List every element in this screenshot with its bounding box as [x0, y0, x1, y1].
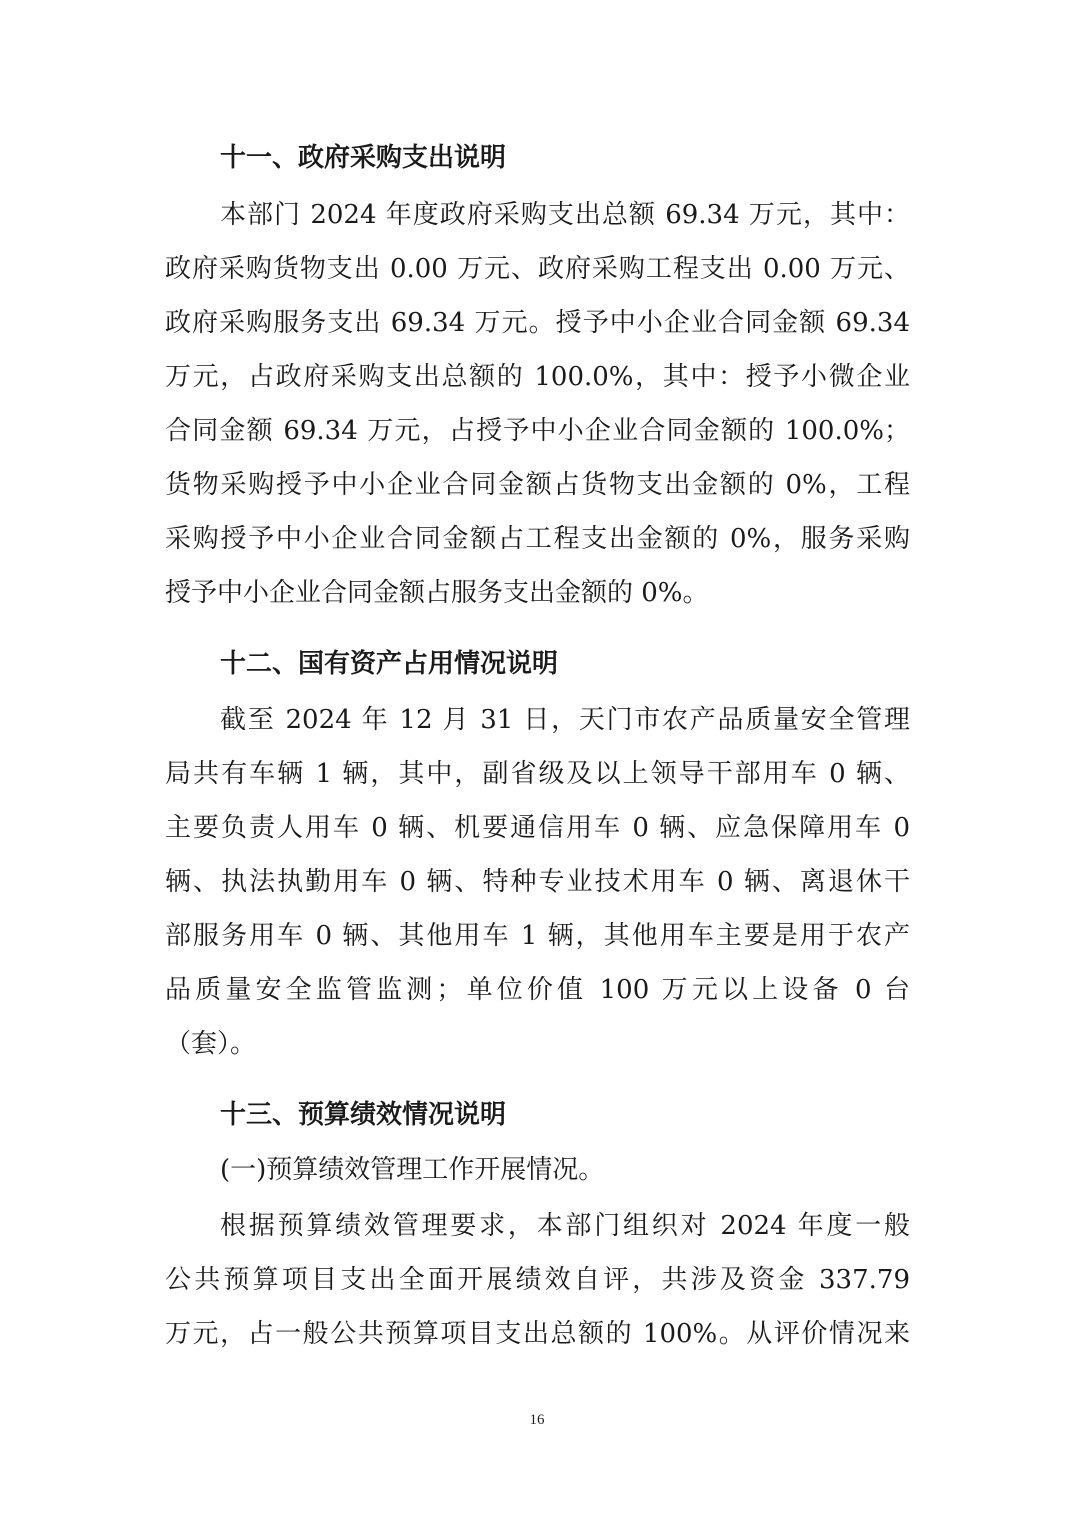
- paragraph-line: 万元，占政府采购支出总额的 100.0%，其中：授予小微企业: [165, 360, 910, 394]
- paragraph-line: 授予中小企业合同金额占服务支出金额的 0%。: [165, 576, 910, 610]
- section-heading-performance: 十三、预算绩效情况说明: [220, 1098, 910, 1132]
- paragraph-line: 货物采购授予中小企业合同金额占货物支出金额的 0%，工程: [165, 468, 910, 502]
- paragraph-line: （套）。: [165, 1027, 910, 1061]
- paragraph-line: 万元，占一般公共预算项目支出总额的 100%。从评价情况来: [165, 1317, 910, 1351]
- paragraph-line: 部服务用车 0 辆、其他用车 1 辆，其他用车主要是用于农产: [165, 919, 910, 953]
- section-heading-assets: 十二、国有资产占用情况说明: [220, 647, 910, 681]
- paragraph-line: 根据预算绩效管理要求，本部门组织对 2024 年度一般: [220, 1209, 910, 1243]
- paragraph-line: 截至 2024 年 12 月 31 日，天门市农产品质量安全管理: [220, 703, 910, 737]
- paragraph-line: 辆、执法执勤用车 0 辆、特种专业技术用车 0 辆、离退休干: [165, 865, 910, 899]
- paragraph-line: 公共预算项目支出全面开展绩效自评，共涉及资金 337.79: [165, 1263, 910, 1297]
- paragraph-line: 局共有车辆 1 辆，其中，副省级及以上领导干部用车 0 辆、: [165, 757, 910, 791]
- paragraph-line: 品质量安全监管监测；单位价值 100 万元以上设备 0 台: [165, 973, 910, 1007]
- paragraph-line: 本部门 2024 年度政府采购支出总额 69.34 万元，其中：: [220, 198, 910, 232]
- page-number: 16: [0, 1412, 1074, 1429]
- paragraph-line: 政府采购服务支出 69.34 万元。授予中小企业合同金额 69.34: [165, 306, 910, 340]
- paragraph-line: 合同金额 69.34 万元，占授予中小企业合同金额的 100.0%；: [165, 414, 910, 448]
- paragraph-line: 政府采购货物支出 0.00 万元、政府采购工程支出 0.00 万元、: [165, 252, 910, 286]
- paragraph-line: 主要负责人用车 0 辆、机要通信用车 0 辆、应急保障用车 0: [165, 811, 910, 845]
- section-heading-procurement: 十一、政府采购支出说明: [220, 141, 910, 175]
- paragraph-line: 采购授予中小企业合同金额占工程支出金额的 0%，服务采购: [165, 522, 910, 556]
- subheading: (一)预算绩效管理工作开展情况。: [220, 1153, 910, 1187]
